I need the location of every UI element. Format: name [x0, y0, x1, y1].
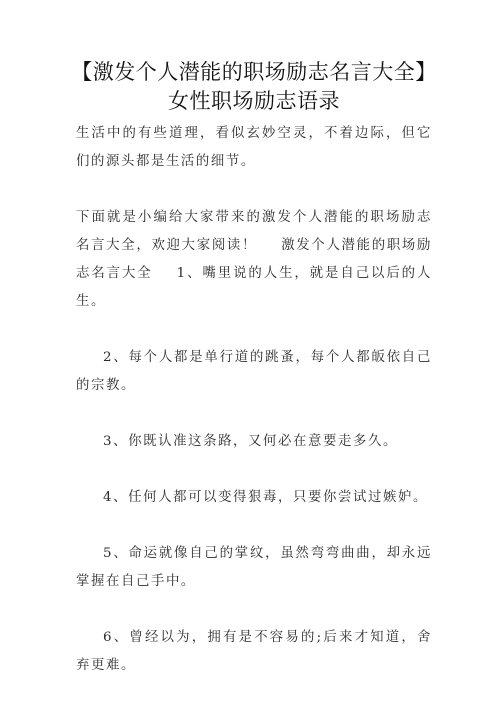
quote-2-text: 每个人都是单行道的跳蚤，每个人都皈依自己的宗教。	[76, 350, 432, 393]
quote-6-number: 6、	[103, 630, 129, 645]
quote-3-number: 3、	[103, 434, 128, 449]
document-page: 【激发个人潜能的职场励志名言大全】女性职场励志语录 生活中的有些道理，看似玄妙空…	[76, 58, 432, 680]
quote-6: 6、曾经以为，拥有是不容易的;后来才知道，舍弃更难。	[76, 624, 432, 680]
quote-4: 4、任何人都可以变得狠毒，只要你尝试过嫉妒。	[76, 484, 432, 512]
quote-2-number: 2、	[103, 350, 129, 365]
quote-5-number: 5、	[103, 546, 129, 561]
intro-paragraph: 生活中的有些道理，看似玄妙空灵，不着边际，但它们的源头都是生活的细节。	[76, 120, 432, 176]
quote-4-number: 4、	[103, 490, 128, 505]
quote-3-text: 你既认准这条路，又何必在意要走多久。	[128, 434, 398, 449]
quote-3: 3、你既认准这条路，又何必在意要走多久。	[76, 428, 432, 456]
quote-5-text: 命运就像自己的掌纹，虽然弯弯曲曲，却永远掌握在自己手中。	[76, 546, 432, 589]
document-title: 【激发个人潜能的职场励志名言大全】女性职场励志语录	[62, 58, 446, 116]
quote-1-number: 1、	[177, 266, 203, 281]
quote-6-text: 曾经以为，拥有是不容易的;后来才知道，舍弃更难。	[76, 630, 432, 673]
quote-2: 2、每个人都是单行道的跳蚤，每个人都皈依自己的宗教。	[76, 344, 432, 400]
lead-paragraph: 下面就是小编给大家带来的激发个人潜能的职场励志名言大全，欢迎大家阅读！激发个人潜…	[76, 204, 432, 316]
quote-4-text: 任何人都可以变得狠毒，只要你尝试过嫉妒。	[128, 490, 428, 505]
quote-5: 5、命运就像自己的掌纹，虽然弯弯曲曲，却永远掌握在自己手中。	[76, 540, 432, 596]
